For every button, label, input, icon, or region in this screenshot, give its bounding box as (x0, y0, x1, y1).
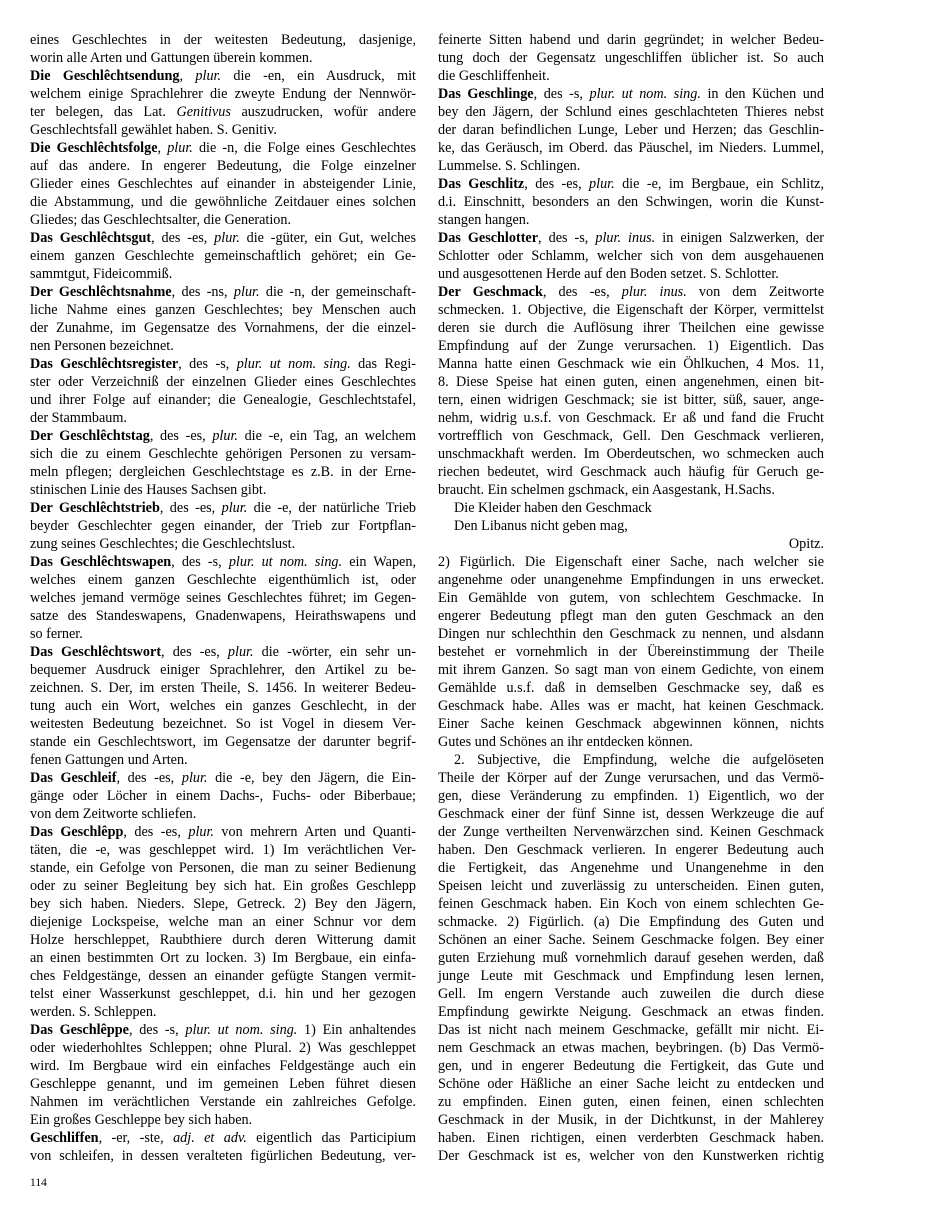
text-line: beyder Geschlechter gegen einander, der … (30, 517, 416, 535)
text-line: der Zunge vertheilten Nervenwärzchen sin… (438, 823, 824, 841)
entry-headword-line: Geschliffen, -er, -ste, adj. et adv. eig… (30, 1129, 416, 1147)
line-text: 2. Subjective, die Empfindung, welche di… (454, 752, 824, 768)
text-line: stande ein Geschlechtswort, im Gegensatz… (30, 733, 416, 751)
line-text: der Stammbaum. (30, 410, 127, 426)
line-text: die Abstammung, und die gewöhnliche Zeit… (30, 194, 416, 210)
line-text: Nahmen im verächtlichen Verstande ein za… (30, 1094, 416, 1110)
text-line: sich die zu einem Geschlechte gehörigen … (30, 445, 416, 463)
line-text: deren sie durch die Auflösung ihrer Thei… (438, 320, 824, 336)
entry-headword-line: Das Geschlêchtswort, des -es, plur. die … (30, 643, 416, 661)
headword: Das Geschlêpp (30, 824, 123, 840)
text-line: Geschmack habe. Alles was er macht, hat … (438, 697, 824, 715)
headword: Das Geschlitz (438, 176, 524, 192)
line-text: ches Feldgestänge, dessen an einander ge… (30, 968, 416, 984)
headword: Das Geschlêchtsregister (30, 356, 178, 372)
text-line: vortrefflich von Geschmack, Gell. Den Ge… (438, 427, 824, 445)
line-text: , des -ns, (172, 284, 234, 300)
line-text: oder wiederhohltes Schleppen; ohne Plura… (30, 1040, 416, 1056)
text-line: Lummelse. S. Schlingen. (438, 157, 824, 175)
text-line: von schleifen, in dessen veralteten figü… (30, 1147, 416, 1165)
line-text: und ausgesottenen Herde auf den Boden se… (438, 266, 779, 282)
text-line: junge Leute mit Geschmack und Empfindung… (438, 967, 824, 985)
line-text: nen Personen bezeichnet. (30, 338, 174, 354)
line-text: , des -s, (129, 1022, 185, 1038)
line-text-rest: in einigen Salzwerken, der (655, 230, 824, 246)
text-line: ter belegen, das Lat. Genitivus auszudru… (30, 103, 416, 121)
line-text-rest: die -güter, ein Gut, welches (240, 230, 416, 246)
line-text: Schönen an einer Sache. Seinem Geschmack… (438, 932, 824, 948)
text-line: Schöne oder Häßliche an einer Sache leic… (438, 1075, 824, 1093)
line-text-rest: in den Küchen und (701, 86, 824, 102)
line-text: 2) Figürlich. Die Eigenschaft einer Sach… (438, 554, 824, 570)
line-text: Geschmack habe. Alles was er macht, hat … (438, 698, 824, 714)
line-text: , (158, 140, 168, 156)
line-text: werden. S. Schleppen. (30, 1004, 156, 1020)
line-text: Schlotter oder Schlamm, welcher sich von… (438, 248, 824, 264)
text-line: sammtgut, Fideicommiß. (30, 265, 416, 283)
line-text: zu empfinden. Einen guten, einen feinen,… (438, 1094, 824, 1110)
line-text: wird. Im Bergbaue wird ein einfaches Fel… (30, 1058, 416, 1074)
text-line: einem ganzen Geschlechte gemeinschaftlic… (30, 247, 416, 265)
text-line: welches einem ganzen Geschlechte eigenth… (30, 571, 416, 589)
line-text: , des -s, (178, 356, 236, 372)
text-line: oder zu seiner Begleitung bey sich hat. … (30, 877, 416, 895)
line-text: Schöne oder Häßliche an einer Sache leic… (438, 1076, 824, 1092)
text-line: angenehme oder unangenehme Empfindungen … (438, 571, 824, 589)
text-line: welchem einige Sprachlehrer die zweyte E… (30, 85, 416, 103)
entry-headword-line: Das Geschlêppe, des -s, plur. ut nom. si… (30, 1021, 416, 1039)
line-text: die Fertigkeit, das Angenehme und Unange… (438, 860, 824, 876)
line-text: , des -s, (171, 554, 229, 570)
line-text: eines Geschlechtes in der weitesten Bede… (30, 32, 416, 48)
text-line: die Geschliffenheit. (438, 67, 824, 85)
line-text: d.i. Einschnitt, besonders an den Schwin… (438, 194, 824, 210)
line-text: , des -s, (538, 230, 595, 246)
headword: Die Geschlêchtsfolge (30, 140, 158, 156)
grammar-note: Genitivus (177, 104, 231, 120)
headword: Das Geschlêppe (30, 1022, 129, 1038)
line-text: mit ihrem Ganzen. So sagt man von einem … (438, 662, 824, 678)
text-line: nen Personen bezeichnet. (30, 337, 416, 355)
text-line: Glieder eines Geschlechtes auf einander … (30, 175, 416, 193)
text-line: bequemer Ausdruck einiger Sprachlehrer, … (30, 661, 416, 679)
text-line: Holze herschleppet, Raubthiere durch der… (30, 931, 416, 949)
text-line: deren sie durch die Auflösung ihrer Thei… (438, 319, 824, 337)
line-text: und ihrer Folge auf einander; die Geneal… (30, 392, 416, 408)
page-number: 114 (30, 1176, 47, 1190)
entry-headword-line: Das Geschlêchtsgut, des -es, plur. die -… (30, 229, 416, 247)
text-line: Gell. Im engern Verstande auch zuweilen … (438, 985, 824, 1003)
text-line: fenen Gattungen und Arten. (30, 751, 416, 769)
text-line: feinen Geschmack haben. Ein Koch von ein… (438, 895, 824, 913)
right-column: feinerte Sitten habend und darin gegründ… (438, 31, 824, 1165)
text-line: Manna hatte einen Geschmack wie ein Öhlk… (438, 355, 824, 373)
grammar-note: plur. ut nom. sing. (185, 1022, 297, 1038)
line-text: Opitz. (789, 536, 824, 552)
text-line: braucht. Ein schelmen gschmack, ein Aasg… (438, 481, 824, 499)
text-line: gänge oder Löcher in einem Dachs-, Fuchs… (30, 787, 416, 805)
line-text: braucht. Ein schelmen gschmack, ein Aasg… (438, 482, 775, 498)
text-line: Speisen leicht und zuverlässig zu unters… (438, 877, 824, 895)
line-text: welches jemand vermöge seines Geschlecht… (30, 590, 416, 606)
text-line: riechen bedeutet, wird Geschmack auch hä… (438, 463, 824, 481)
line-text: bey den Jägern, der Schlund eines geschl… (438, 104, 824, 120)
text-line: werden. S. Schleppen. (30, 1003, 416, 1021)
line-text: stinischen Linie des Hauses Sachsen gibt… (30, 482, 266, 498)
text-line: satze des Standeswapens, Gnadenwapens, H… (30, 607, 416, 625)
headword: Geschliffen (30, 1130, 99, 1146)
line-text-rest: ein Wapen, (342, 554, 416, 570)
line-text-rest: 1) Ein anhaltendes (297, 1022, 416, 1038)
line-text: bey sich haben. Nieders. Slepe, Getreck.… (30, 896, 416, 912)
text-line: die Fertigkeit, das Angenehme und Unange… (438, 859, 824, 877)
line-text: meln pflegen; dergleichen Geschlechtstag… (30, 464, 416, 480)
text-line: tern, einen widrigen Geschmack; sie ist … (438, 391, 824, 409)
line-text: weitesten Bedeutung bezeichnet. So ist V… (30, 716, 416, 732)
line-text: , des -es, (123, 824, 188, 840)
line-text-rest: die -n, der gemeinschaft- (260, 284, 416, 300)
grammar-note: plur. (195, 68, 221, 84)
line-text: feinerte Sitten habend und darin gegründ… (438, 32, 824, 48)
line-text: Ein Gemählde von gutem, von schlechtem G… (438, 590, 824, 606)
headword: Das Geschlêchtswapen (30, 554, 171, 570)
line-text: Theile der Körper auf der Zunge verursac… (438, 770, 824, 786)
entry-headword-line: Der Geschlêchtstrieb, des -es, plur. die… (30, 499, 416, 517)
line-text: Geschleppe genannt, und im gemeinen Lebe… (30, 1076, 416, 1092)
text-line: und ausgesottenen Herde auf den Boden se… (438, 265, 824, 283)
line-text: der daran befindlichen Lunge, Leber und … (438, 122, 824, 138)
grammar-note: plur. (228, 644, 254, 660)
text-line: 2) Figürlich. Die Eigenschaft einer Sach… (438, 553, 824, 571)
text-line: Der Geschmack ist es, welcher von den Ku… (438, 1147, 824, 1165)
line-text: Die Kleider haben den Geschmack (454, 500, 652, 516)
text-line: 8. Diese Speise hat einen guten, einen a… (438, 373, 824, 391)
text-line: ke, das Geräusch, im Oberd. das Päuschel… (438, 139, 824, 157)
line-text: Holze herschleppet, Raubthiere durch der… (30, 932, 416, 948)
line-text: von schleifen, in dessen veralteten figü… (30, 1148, 416, 1164)
text-line: an einen bestimmten Ort zu locken. 3) Im… (30, 949, 416, 967)
line-text: Der Geschmack ist es, welcher von den Ku… (438, 1148, 824, 1164)
line-text: , des -es, (524, 176, 589, 192)
entry-headword-line: Das Geschlotter, des -s, plur. inus. in … (438, 229, 824, 247)
text-line: ches Feldgestänge, dessen an einander ge… (30, 967, 416, 985)
line-text: zung seines Geschlechtes; die Geschlecht… (30, 536, 295, 552)
headword: Das Geschlêchtswort (30, 644, 161, 660)
text-line: stangen hangen. (438, 211, 824, 229)
entry-headword-line: Das Geschlinge, des -s, plur. ut nom. si… (438, 85, 824, 103)
text-line: Geschmack in der Musik, in der Dichtkuns… (438, 1111, 824, 1129)
line-text: Das ist nicht nach meinem Geschmacke, ge… (438, 1022, 824, 1038)
left-column: eines Geschlechtes in der weitesten Bede… (30, 31, 416, 1165)
line-text: diejenige Lockspeise, welche man an eine… (30, 914, 416, 930)
line-text: nehm, widrig u.s.f. von Geschmack. Er aß… (438, 410, 824, 426)
line-text: stangen hangen. (438, 212, 529, 228)
text-line: und ihrer Folge auf einander; die Geneal… (30, 391, 416, 409)
line-text: junge Leute mit Geschmack und Empfindung… (438, 968, 824, 984)
text-line: die Abstammung, und die gewöhnliche Zeit… (30, 193, 416, 211)
grammar-note: plur. (234, 284, 260, 300)
line-text: gen, diese Veränderung zu empfinden. 1) … (438, 788, 824, 804)
text-line: telst einer Wasserkunst geschleppet, d.i… (30, 985, 416, 1003)
grammar-note: plur. (589, 176, 615, 192)
line-text: , des -es, (160, 500, 222, 516)
entry-headword-line: Das Geschlêchtsregister, des -s, plur. u… (30, 355, 416, 373)
text-line: mit ihrem Ganzen. So sagt man von einem … (438, 661, 824, 679)
line-text: schmacke. 2) Figürlich. (a) Die Empfindu… (438, 914, 824, 930)
line-text: liche Nahme eines ganzen Geschlechtes; b… (30, 302, 416, 318)
text-line: Nahmen im verächtlichen Verstande ein za… (30, 1093, 416, 1111)
line-text: Ein großes Geschleppe bey sich haben. (30, 1112, 252, 1128)
headword: Der Geschlêchtstrieb (30, 500, 160, 516)
line-text: täten, die -e, was geschleppet wird. 1) … (30, 842, 416, 858)
line-text: satze des Standeswapens, Gnadenwapens, H… (30, 608, 416, 624)
line-text: schmecken. 1. Objective, die Eigenschaft… (438, 302, 824, 318)
line-text: guten Erziehung muß vornehmlich darauf g… (438, 950, 824, 966)
text-line: zu empfinden. Einen guten, einen feinen,… (438, 1093, 824, 1111)
line-text: welches einem ganzen Geschlechte eigenth… (30, 572, 416, 588)
entry-headword-line: Die Geschlêchtsfolge, plur. die -n, die … (30, 139, 416, 157)
headword: Das Geschlotter (438, 230, 538, 246)
line-text: , -er, -ste, (99, 1130, 174, 1146)
text-line: der Zunahme, im Gegensatze des Vornahmen… (30, 319, 416, 337)
text-line: Schönen an einer Sache. Seinem Geschmack… (438, 931, 824, 949)
line-text: Glieder eines Geschlechtes auf einander … (30, 176, 416, 192)
text-line: schmacke. 2) Figürlich. (a) Die Empfindu… (438, 913, 824, 931)
grammar-note: plur. ut nom. sing. (237, 356, 351, 372)
grammar-note: plur. (214, 230, 240, 246)
text-line: gen, diese Veränderung zu empfinden. 1) … (438, 787, 824, 805)
headword: Der Geschmack (438, 284, 543, 300)
text-line: stinischen Linie des Hauses Sachsen gibt… (30, 481, 416, 499)
text-line: Ein Gemählde von gutem, von schlechtem G… (438, 589, 824, 607)
text-line: welches jemand vermöge seines Geschlecht… (30, 589, 416, 607)
grammar-note: plur. ut nom. sing. (229, 554, 342, 570)
line-text: , des -es, (116, 770, 181, 786)
line-text: engerer Bedeutung pflegt man den guten G… (438, 608, 824, 624)
entry-headword-line: Das Geschlitz, des -es, plur. die -e, im… (438, 175, 824, 193)
line-text: Dingen nur schlechthin den Geschmack zu … (438, 626, 824, 642)
line-text: fenen Gattungen und Arten. (30, 752, 188, 768)
text-line: Gemählde u.s.f. daß in demselben Geschma… (438, 679, 824, 697)
line-text: welchem einige Sprachlehrer die zweyte E… (30, 86, 416, 102)
grammar-note: plur. (182, 770, 208, 786)
line-text: , des -es, (151, 230, 214, 246)
text-line: diejenige Lockspeise, welche man an eine… (30, 913, 416, 931)
line-text: Empfindung gewirkte Neigung. Geschmack a… (438, 1004, 824, 1020)
line-text: oder zu seiner Begleitung bey sich hat. … (30, 878, 416, 894)
line-text-rest: die -e, ein Tag, an welchem (238, 428, 416, 444)
text-line: schmecken. 1. Objective, die Eigenschaft… (438, 301, 824, 319)
line-text: feinen Geschmack haben. Ein Koch von ein… (438, 896, 824, 912)
line-text-rest: eigentlich das Participium (247, 1130, 416, 1146)
line-text: tung auch ein Wort, welches ein ganzes G… (30, 698, 416, 714)
line-text: , des -es, (161, 644, 228, 660)
line-text: haben. Einen richtigen, einen verderbten… (438, 1130, 824, 1146)
line-text: auf das andere. In engerer Bedeutung, di… (30, 158, 416, 174)
text-line: Gutes und Schönes an ihr entdecken könne… (438, 733, 824, 751)
text-line: Gliedes; das Geschlechtsalter, die Gener… (30, 211, 416, 229)
line-text: bequemer Ausdruck einiger Sprachlehrer, … (30, 662, 416, 678)
headword: Der Geschlêchtsnahme (30, 284, 172, 300)
text-line: Geschmack einer der fünf Sinne ist, dess… (438, 805, 824, 823)
line-text: riechen bedeutet, wird Geschmack auch hä… (438, 464, 824, 480)
entry-headword-line: Das Geschleif, des -es, plur. die -e, be… (30, 769, 416, 787)
text-line: bestehet er vornehmlich in der Übereinst… (438, 643, 824, 661)
line-text: vortrefflich von Geschmack, Gell. Den Ge… (438, 428, 824, 444)
line-text: einem ganzen Geschlechte gemeinschaftlic… (30, 248, 416, 264)
line-text-rest: die -n, die Folge eines Geschlechtes (193, 140, 416, 156)
line-text: tung doch der Gegensatz ungeschliffen üb… (438, 50, 824, 66)
line-text: unschmackhaft werden. Im Oberdeutschen, … (438, 446, 824, 462)
line-text-rest: von dem Zeitworte (687, 284, 824, 300)
line-text: Geschmack in der Musik, in der Dichtkuns… (438, 1112, 824, 1128)
grammar-note: plur. (212, 428, 238, 444)
line-text: Den Libanus nicht geben mag, (454, 518, 628, 534)
entry-headword-line: Der Geschlêchtsnahme, des -ns, plur. die… (30, 283, 416, 301)
line-text: Gutes und Schönes an ihr entdecken könne… (438, 734, 693, 750)
text-line: täten, die -e, was geschleppet wird. 1) … (30, 841, 416, 859)
text-line: Schlotter oder Schlamm, welcher sich von… (438, 247, 824, 265)
text-line: Das ist nicht nach meinem Geschmacke, ge… (438, 1021, 824, 1039)
line-text: worin alle Arten und Gattungen überein k… (30, 50, 313, 66)
text-line: guten Erziehung muß vornehmlich darauf g… (438, 949, 824, 967)
text-line: von dem Zeitworte schliefen. (30, 805, 416, 823)
grammar-note: plur. ut nom. sing. (589, 86, 700, 102)
line-text: , des -es, (150, 428, 212, 444)
line-text: bestehet er vornehmlich in der Übereinst… (438, 644, 824, 660)
line-text: , des -es, (543, 284, 622, 300)
text-line: haben. Den Geschmack verlieren. In enger… (438, 841, 824, 859)
text-line: Opitz. (438, 535, 824, 553)
text-line: haben. Einen richtigen, einen verderbten… (438, 1129, 824, 1147)
entry-headword-line: Das Geschlêchtswapen, des -s, plur. ut n… (30, 553, 416, 571)
text-line: gen, und in engerer Bedeutung die Fertig… (438, 1057, 824, 1075)
line-text: telst einer Wasserkunst geschleppet, d.i… (30, 986, 416, 1002)
grammar-note: plur. (167, 140, 193, 156)
line-text: Manna hatte einen Geschmack wie ein Öhlk… (438, 356, 824, 372)
line-text: 8. Diese Speise hat einen guten, einen a… (438, 374, 824, 390)
line-text: der Zunge vertheilten Nervenwärzchen sin… (438, 824, 824, 840)
line-text: Speisen leicht und zuverlässig zu unters… (438, 878, 824, 894)
text-line: bey den Jägern, der Schlund eines geschl… (438, 103, 824, 121)
line-text: Empfindung auf der Zunge verursachen. 1)… (438, 338, 824, 354)
line-text: der Zunahme, im Gegensatze des Vornahmen… (30, 320, 416, 336)
line-text: zeichnen. S. Der, im ersten Theile, S. 1… (30, 680, 416, 696)
line-text: stande ein Geschlechtswort, im Gegensatz… (30, 734, 416, 750)
line-text: sammtgut, Fideicommiß. (30, 266, 172, 282)
text-line: Empfindung gewirkte Neigung. Geschmack a… (438, 1003, 824, 1021)
text-line: weitesten Bedeutung bezeichnet. So ist V… (30, 715, 416, 733)
grammar-note: plur. inus. (622, 284, 687, 300)
entry-headword-line: Der Geschlêchtstag, des -es, plur. die -… (30, 427, 416, 445)
text-line: Einer Sache keinen Geschmack abgewinnen … (438, 715, 824, 733)
text-line: so ferner. (30, 625, 416, 643)
line-text: von dem Zeitworte schliefen. (30, 806, 196, 822)
line-text: Gell. Im engern Verstande auch zuweilen … (438, 986, 824, 1002)
text-line: unschmackhaft werden. Im Oberdeutschen, … (438, 445, 824, 463)
line-text-rest: die -wörter, ein sehr un- (254, 644, 416, 660)
line-text: gänge oder Löcher in einem Dachs-, Fuchs… (30, 788, 416, 804)
text-line: ster oder Verzeichniß der einzelnen Glie… (30, 373, 416, 391)
text-line: Theile der Körper auf der Zunge verursac… (438, 769, 824, 787)
line-text: Gliedes; das Geschlechtsalter, die Gener… (30, 212, 291, 228)
line-text: tern, einen widrigen Geschmack; sie ist … (438, 392, 824, 408)
text-line: Ein großes Geschleppe bey sich haben. (30, 1111, 416, 1129)
text-line: tung auch ein Wort, welches ein ganzes G… (30, 697, 416, 715)
text-line: feinerte Sitten habend und darin gegründ… (438, 31, 824, 49)
text-line: tung doch der Gegensatz ungeschliffen üb… (438, 49, 824, 67)
grammar-note: plur. (222, 500, 248, 516)
text-line: der daran befindlichen Lunge, Leber und … (438, 121, 824, 139)
headword: Die Geschlêchtsendung (30, 68, 180, 84)
text-line: zeichnen. S. Der, im ersten Theile, S. 1… (30, 679, 416, 697)
headword: Das Geschlinge (438, 86, 534, 102)
grammar-note: plur. inus. (595, 230, 655, 246)
line-text-rest: von mehrern Arten und Quanti- (214, 824, 416, 840)
text-line: Den Libanus nicht geben mag, (438, 517, 824, 535)
text-line: der Stammbaum. (30, 409, 416, 427)
text-line: zung seines Geschlechtes; die Geschlecht… (30, 535, 416, 553)
text-line: Dingen nur schlechthin den Geschmack zu … (438, 625, 824, 643)
line-text: Lummelse. S. Schlingen. (438, 158, 580, 174)
line-text: angenehme oder unangenehme Empfindungen … (438, 572, 824, 588)
text-line: engerer Bedeutung pflegt man den guten G… (438, 607, 824, 625)
text-line: Geschlechtsfall gewählet haben. S. Genit… (30, 121, 416, 139)
line-text: so ferner. (30, 626, 83, 642)
text-line: nehm, widrig u.s.f. von Geschmack. Er aß… (438, 409, 824, 427)
line-text-rest: das Regi- (351, 356, 416, 372)
line-text-rest: die -e, bey den Jägern, die Ein- (207, 770, 416, 786)
text-line: worin alle Arten und Gattungen überein k… (30, 49, 416, 67)
entry-headword-line: Die Geschlêchtsendung, plur. die -en, ei… (30, 67, 416, 85)
line-text: Einer Sache keinen Geschmack abgewinnen … (438, 716, 824, 732)
text-line: Die Kleider haben den Geschmack (438, 499, 824, 517)
text-line: d.i. Einschnitt, besonders an den Schwin… (438, 193, 824, 211)
line-text: Geschlechtsfall gewählet haben. S. Genit… (30, 122, 277, 138)
grammar-note: adj. et adv. (173, 1130, 247, 1146)
entry-headword-line: Das Geschlêpp, des -es, plur. von mehrer… (30, 823, 416, 841)
grammar-note: plur. (188, 824, 214, 840)
line-text: stande, ein Gefolge von Personen, die ma… (30, 860, 416, 876)
text-line: meln pflegen; dergleichen Geschlechtstag… (30, 463, 416, 481)
line-text: gen, und in engerer Bedeutung die Fertig… (438, 1058, 824, 1074)
text-line: Geschleppe genannt, und im gemeinen Lebe… (30, 1075, 416, 1093)
line-text: , (180, 68, 196, 84)
headword: Das Geschlêchtsgut (30, 230, 151, 246)
line-text: ke, das Geräusch, im Oberd. das Päuschel… (438, 140, 824, 156)
text-line: stande, ein Gefolge von Personen, die ma… (30, 859, 416, 877)
text-line: Empfindung auf der Zunge verursachen. 1)… (438, 337, 824, 355)
line-text: sich die zu einem Geschlechte gehörigen … (30, 446, 416, 462)
line-text-rest: auszudrucken, wofür andere (231, 104, 416, 120)
text-line: liche Nahme eines ganzen Geschlechtes; b… (30, 301, 416, 319)
line-text: nem Geschmack an etwas machen, beybringe… (438, 1040, 824, 1056)
text-line: auf das andere. In engerer Bedeutung, di… (30, 157, 416, 175)
text-line: nem Geschmack an etwas machen, beybringe… (438, 1039, 824, 1057)
text-line: bey sich haben. Nieders. Slepe, Getreck.… (30, 895, 416, 913)
line-text: Geschmack einer der fünf Sinne ist, dess… (438, 806, 824, 822)
line-text: an einen bestimmten Ort zu locken. 3) Im… (30, 950, 416, 966)
line-text-rest: die -e, im Bergbaue, ein Schlitz, (615, 176, 824, 192)
line-text: ster oder Verzeichniß der einzelnen Glie… (30, 374, 416, 390)
line-text-rest: die -e, der natürliche Trieb (247, 500, 416, 516)
line-text: beyder Geschlechter gegen einander, der … (30, 518, 416, 534)
line-text: haben. Den Geschmack verlieren. In enger… (438, 842, 824, 858)
line-text: Gemählde u.s.f. daß in demselben Geschma… (438, 680, 824, 696)
text-line: wird. Im Bergbaue wird ein einfaches Fel… (30, 1057, 416, 1075)
line-text: , des -s, (534, 86, 590, 102)
headword: Das Geschleif (30, 770, 116, 786)
